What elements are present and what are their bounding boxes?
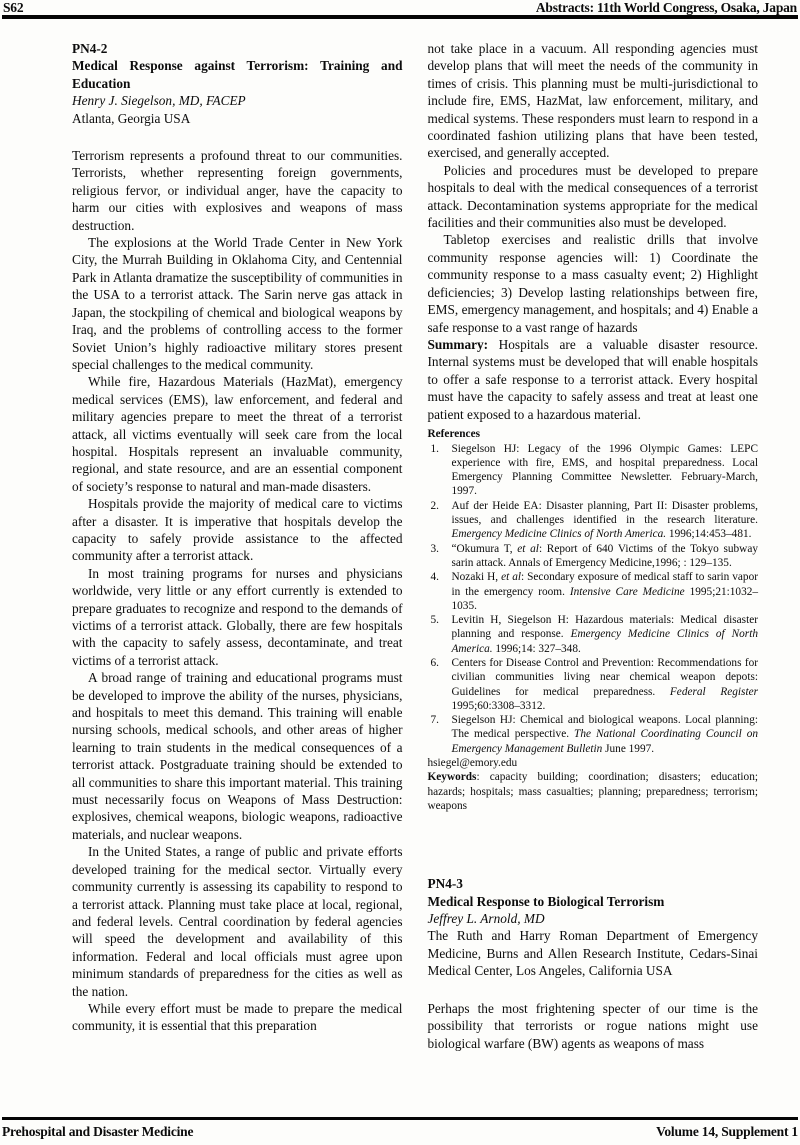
page-number: S62 bbox=[3, 0, 23, 15]
summary-paragraph: Summary: Hospitals are a valuable disast… bbox=[428, 336, 759, 423]
reference-text: Centers for Disease Control and Preventi… bbox=[452, 656, 759, 713]
abstract-author: Jeffrey L. Arnold, MD bbox=[428, 910, 759, 927]
reference-number: 7. bbox=[428, 713, 452, 756]
paragraph: While every effort must be made to prepa… bbox=[72, 1000, 403, 1035]
abstract-body-right: not take place in a vacuum. All respondi… bbox=[428, 40, 759, 336]
reference-item: 3. “Okumura T, et al: Report of 640 Vict… bbox=[428, 542, 759, 571]
reference-item: 4. Nozaki H, et al: Secondary exposure o… bbox=[428, 570, 759, 613]
abstract-title: Medical Response against Terrorism: Trai… bbox=[72, 57, 403, 92]
reference-text: Siegelson HJ: Chemical and biological we… bbox=[452, 713, 759, 756]
reference-number: 2. bbox=[428, 499, 452, 542]
abstract-pn4-3-heading: PN4-3 Medical Response to Biological Ter… bbox=[428, 875, 759, 979]
paragraph: not take place in a vacuum. All respondi… bbox=[428, 40, 759, 162]
paragraph: In most training programs for nurses and… bbox=[72, 565, 403, 669]
reference-text: “Okumura T, et al: Report of 640 Victims… bbox=[452, 542, 759, 571]
keywords-text: : capacity building; coordination; disas… bbox=[428, 771, 759, 812]
paragraph: The explosions at the World Trade Center… bbox=[72, 234, 403, 373]
abstract-affiliation: The Ruth and Harry Roman Department of E… bbox=[428, 927, 759, 979]
paragraph: Tabletop exercises and realistic drills … bbox=[428, 231, 759, 335]
keywords-line: Keywords: capacity building; coordinatio… bbox=[428, 770, 759, 813]
reference-number: 4. bbox=[428, 570, 452, 613]
reference-item: 5. Levitin H, Siegelson H: Hazardous mat… bbox=[428, 613, 759, 656]
paragraph: A broad range of training and educationa… bbox=[72, 669, 403, 843]
keywords-label: Keywords bbox=[428, 771, 477, 783]
abstract-body-pn4-3: Perhaps the most frightening specter of … bbox=[428, 1000, 759, 1052]
reference-text: Auf der Heide EA: Disaster planning, Par… bbox=[452, 499, 759, 542]
abstract-title: Medical Response to Biological Terrorism bbox=[428, 893, 759, 910]
left-column: PN4-2 Medical Response against Terrorism… bbox=[72, 40, 403, 1052]
header-rule bbox=[2, 15, 798, 19]
paragraph: Perhaps the most frightening specter of … bbox=[428, 1000, 759, 1052]
content-columns: PN4-2 Medical Response against Terrorism… bbox=[72, 40, 758, 1052]
abstract-id: PN4-2 bbox=[72, 40, 403, 57]
references-heading: References bbox=[428, 427, 759, 442]
footer-rule bbox=[2, 1117, 798, 1120]
author-email: hsiegel@emory.edu bbox=[428, 756, 759, 770]
abstract-author: Henry J. Siegelson, MD, FACEP bbox=[72, 92, 403, 109]
paragraph: Policies and procedures must be develope… bbox=[428, 162, 759, 232]
running-title: Abstracts: 11th World Congress, Osaka, J… bbox=[536, 0, 797, 15]
page-header: S62 Abstracts: 11th World Congress, Osak… bbox=[3, 0, 797, 15]
summary-label: Summary: bbox=[428, 337, 489, 352]
reference-item: 2. Auf der Heide EA: Disaster planning, … bbox=[428, 499, 759, 542]
page-footer: Prehospital and Disaster Medicine Volume… bbox=[2, 1124, 798, 1140]
references-list: 1. Siegelson HJ: Legacy of the 1996 Olym… bbox=[428, 442, 759, 757]
paragraph: In the United States, a range of public … bbox=[72, 843, 403, 1000]
abstract-pn4-2-heading: PN4-2 Medical Response against Terrorism… bbox=[72, 40, 403, 127]
right-column: not take place in a vacuum. All respondi… bbox=[428, 40, 759, 1052]
reference-text: Levitin H, Siegelson H: Hazardous materi… bbox=[452, 613, 759, 656]
paragraph: Hospitals provide the majority of medica… bbox=[72, 495, 403, 565]
journal-page: S62 Abstracts: 11th World Congress, Osak… bbox=[0, 0, 800, 1145]
reference-item: 1. Siegelson HJ: Legacy of the 1996 Olym… bbox=[428, 442, 759, 499]
journal-name: Prehospital and Disaster Medicine bbox=[2, 1124, 193, 1140]
reference-number: 5. bbox=[428, 613, 452, 656]
abstract-body-left: Terrorism represents a profound threat t… bbox=[72, 147, 403, 1035]
abstract-affiliation: Atlanta, Georgia USA bbox=[72, 110, 403, 127]
paragraph: Terrorism represents a profound threat t… bbox=[72, 147, 403, 234]
volume-info: Volume 14, Supplement 1 bbox=[656, 1124, 798, 1140]
reference-number: 1. bbox=[428, 442, 452, 499]
reference-item: 7. Siegelson HJ: Chemical and biological… bbox=[428, 713, 759, 756]
abstract-id: PN4-3 bbox=[428, 875, 759, 892]
paragraph: While fire, Hazardous Materials (HazMat)… bbox=[72, 373, 403, 495]
reference-number: 3. bbox=[428, 542, 452, 571]
reference-text: Siegelson HJ: Legacy of the 1996 Olympic… bbox=[452, 442, 759, 499]
reference-text: Nozaki H, et al: Secondary exposure of m… bbox=[452, 570, 759, 613]
reference-item: 6. Centers for Disease Control and Preve… bbox=[428, 656, 759, 713]
reference-number: 6. bbox=[428, 656, 452, 713]
